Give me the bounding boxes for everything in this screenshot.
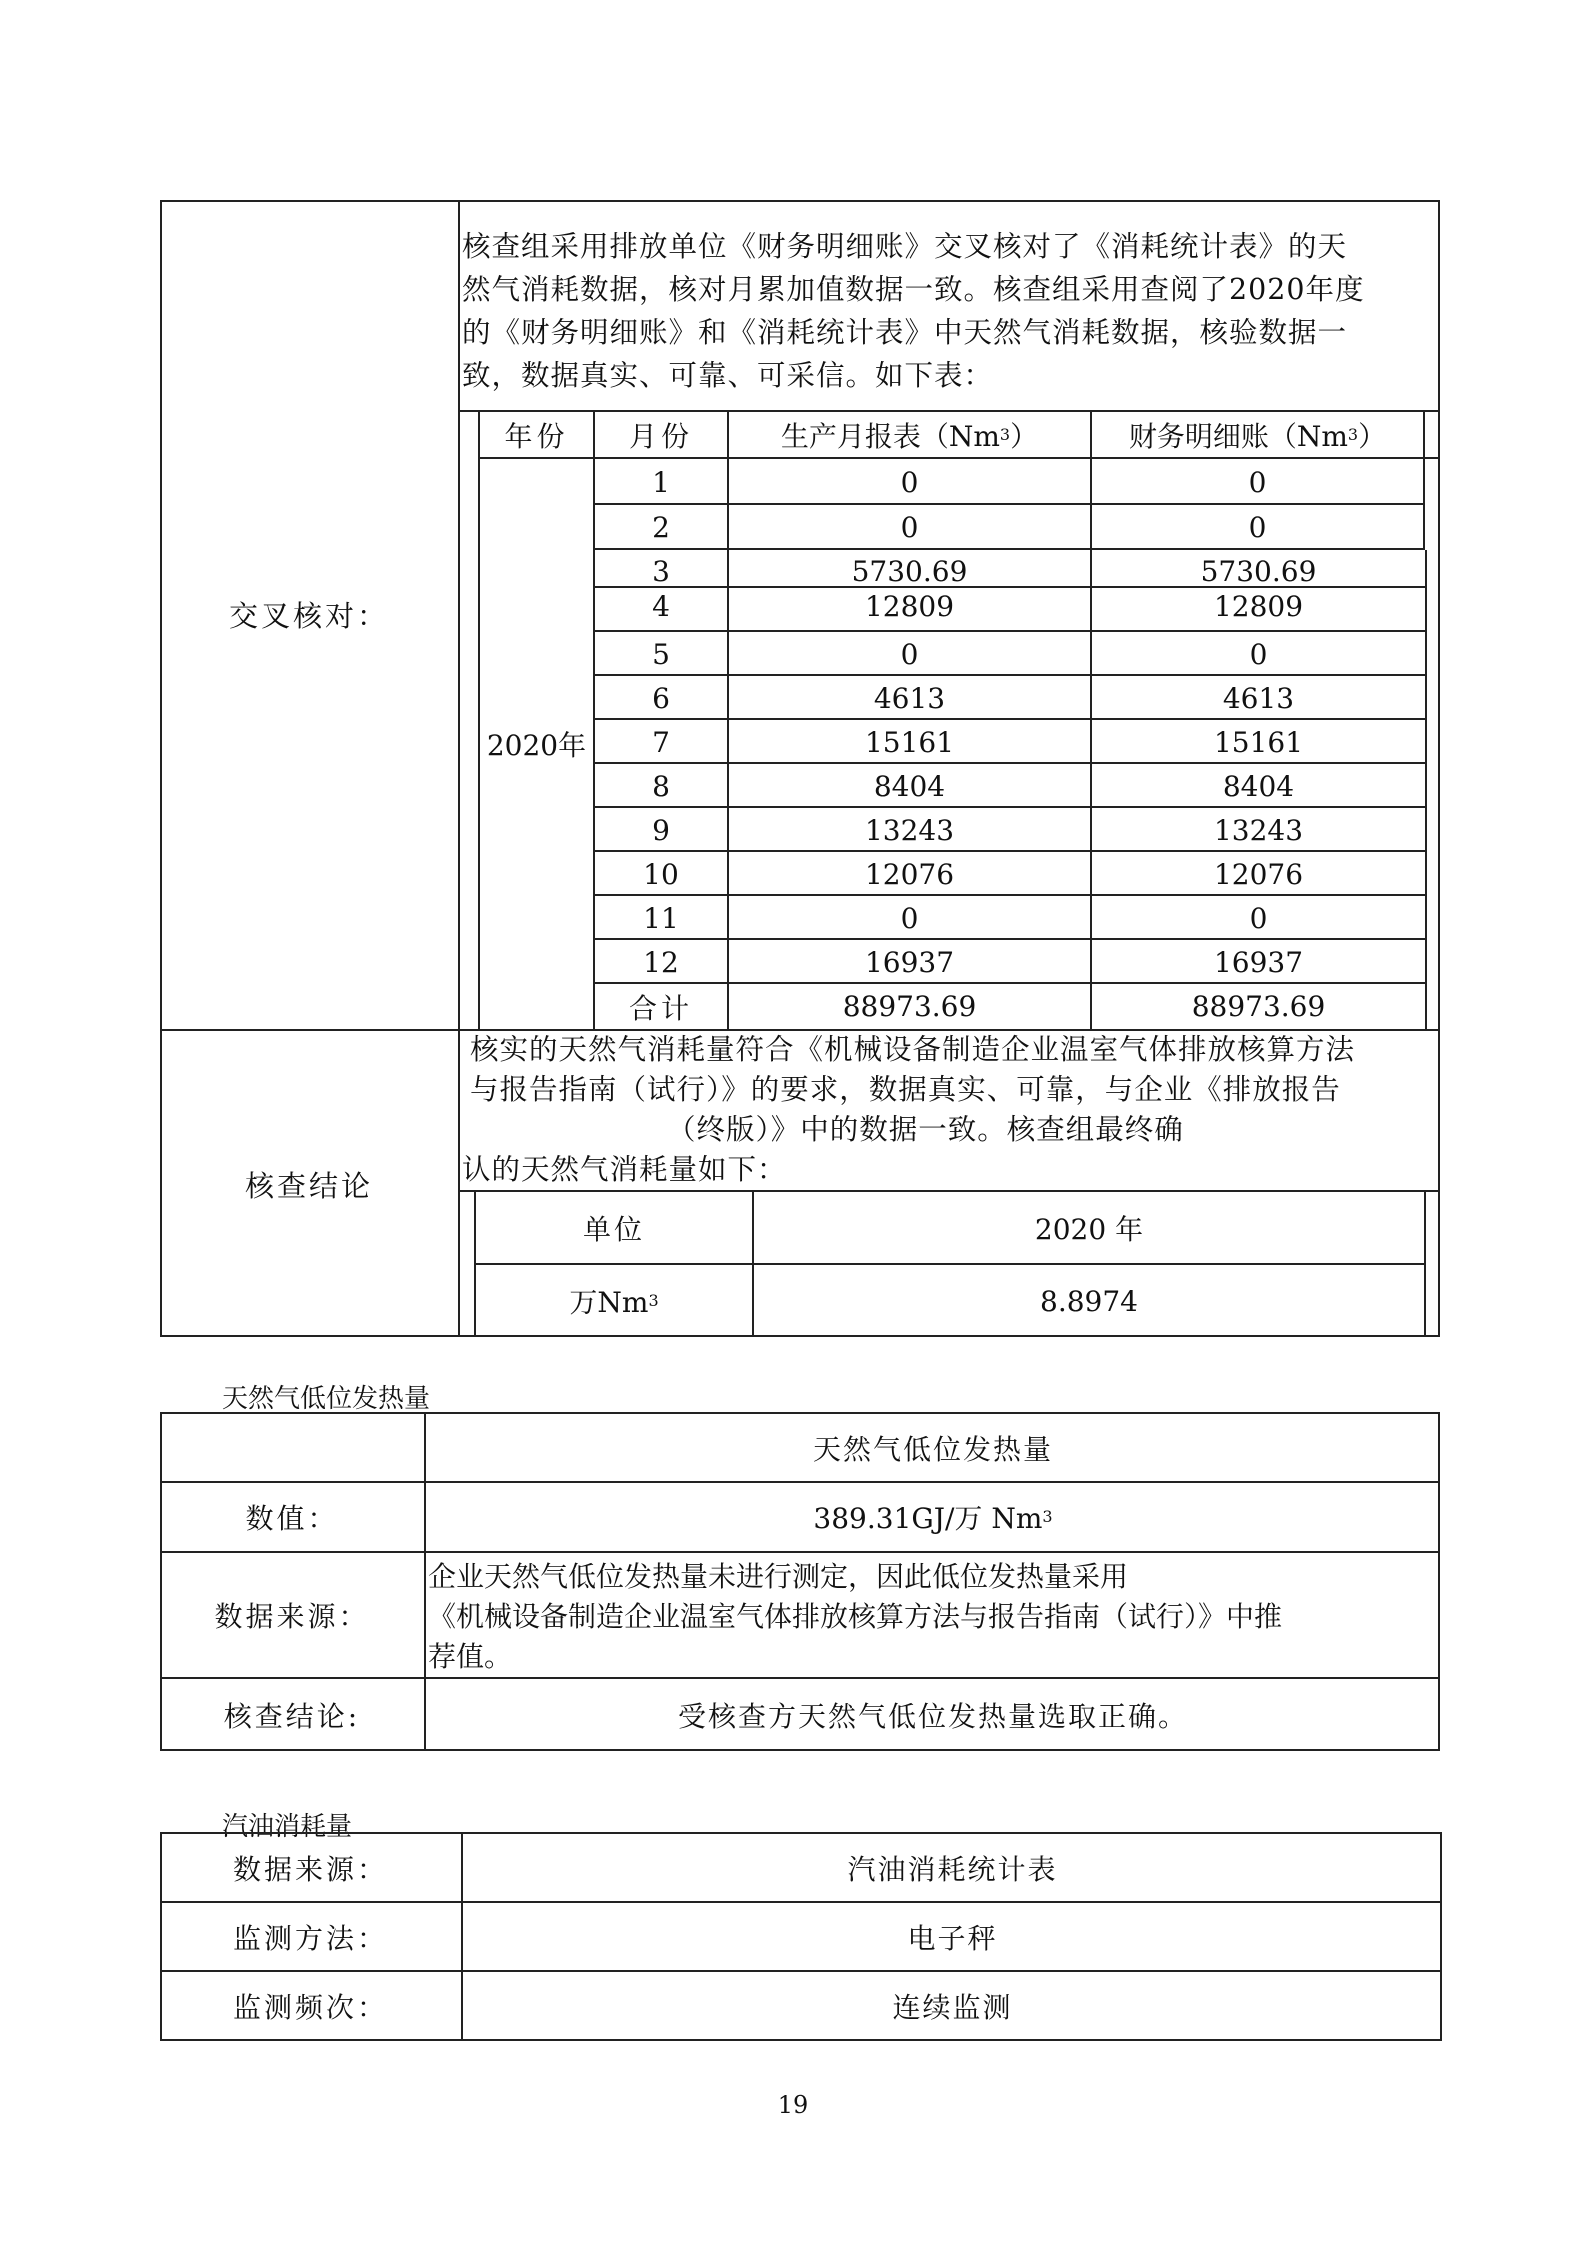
header-finance-text: 财务明细账（Nm [1129, 415, 1348, 455]
heat-header: 天然气低位发热量 [426, 1414, 1440, 1481]
month-cell: 6 [595, 676, 727, 720]
year-cell: 2020年 [480, 459, 593, 1029]
production-cell: 12076 [729, 852, 1090, 896]
table-row: 9 13243 13243 [595, 808, 1425, 852]
cross-check-label: 交叉核对： [160, 200, 458, 1029]
paragraph-line: 与报告指南（试行）》的要求，数据真实、可靠，与企业《排放报告 [462, 1070, 1437, 1110]
table-row: 11 0 0 [595, 896, 1425, 940]
finance-cell: 4613 [1092, 676, 1425, 720]
header-production-text: 生产月报表（Nm [781, 415, 1000, 455]
source-line: 企业天然气低位发热量未进行测定，因此低位发热量采用 [428, 1557, 1438, 1597]
heat-value-text: 389.31GJ/万 Nm [813, 1497, 1042, 1537]
value-label: 数值： [160, 1483, 424, 1551]
conclusion-paragraph: 核实的天然气消耗量符合《机械设备制造企业温室气体排放核算方法 与报告指南（试行）… [462, 1030, 1437, 1190]
month-cell: 7 [595, 720, 727, 764]
source-label: 数据来源： [160, 1553, 424, 1677]
finance-cell: 0 [1092, 505, 1423, 550]
paragraph-line: 核查组采用排放单位《财务明细账》交叉核对了《消耗统计表》的天 [462, 225, 1437, 268]
production-cell: 15161 [729, 720, 1090, 764]
conclusion-label: 核查结论: [160, 1679, 424, 1751]
table-row: 5 0 0 [595, 632, 1425, 676]
page-number: 19 [743, 2090, 843, 2120]
table-row: 6 4613 4613 [595, 676, 1425, 720]
conclusion-value: 受核查方天然气低位发热量选取正确。 [426, 1679, 1440, 1751]
month-cell: 1 [595, 459, 727, 505]
paragraph-line: 认的天然气消耗量如下： [462, 1150, 1437, 1190]
conclusion-header-unit: 单位 [476, 1192, 752, 1263]
table-row: 7 15161 15161 [595, 720, 1425, 764]
heat-value: 389.31GJ/万 Nm3 [426, 1483, 1440, 1551]
month-cell: 3 [595, 554, 727, 588]
production-cell: 13243 [729, 808, 1090, 852]
paragraph-line: 核实的天然气消耗量符合《机械设备制造企业温室气体排放核算方法 [462, 1030, 1437, 1070]
finance-cell: 88973.69 [1092, 984, 1425, 1029]
conclusion-label: 核查结论 [160, 1031, 458, 1337]
finance-cell: 15161 [1092, 720, 1425, 764]
conclusion-header-year: 2020 年 [754, 1192, 1424, 1263]
production-cell: 0 [729, 632, 1090, 676]
label-column-divider [458, 200, 460, 1337]
conclusion-unit-value: 万Nm3 [476, 1265, 752, 1337]
header-finance: 财务明细账（Nm3） [1092, 412, 1423, 457]
gasoline-row-value: 汽油消耗统计表 [463, 1834, 1442, 1901]
paragraph-line: 的《财务明细账》和《消耗统计表》中天然气消耗数据，核验数据一 [462, 311, 1437, 354]
table-row: 12 16937 16937 [595, 940, 1425, 984]
table-row-total: 合计 88973.69 88973.69 [595, 984, 1425, 1029]
production-cell: 12809 [729, 588, 1090, 624]
production-cell: 16937 [729, 940, 1090, 984]
finance-cell: 0 [1092, 632, 1425, 676]
paragraph-line: （终版）》中的数据一致。核查组最终确 [462, 1110, 1437, 1150]
production-cell: 0 [729, 459, 1090, 505]
source-text: 企业天然气低位发热量未进行测定，因此低位发热量采用 《机械设备制造企业温室气体排… [428, 1557, 1438, 1677]
finance-cell: 8404 [1092, 764, 1425, 808]
month-cell: 10 [595, 852, 727, 896]
section-caption: 天然气低位发热量 [222, 1378, 430, 1415]
month-cell: 合计 [595, 984, 727, 1029]
finance-cell: 0 [1092, 459, 1423, 505]
finance-cell: 0 [1092, 896, 1425, 940]
month-cell: 5 [595, 632, 727, 676]
paragraph-line: 然气消耗数据，核对月累加值数据一致。核查组采用查阅了2020年度 [462, 268, 1437, 311]
finance-cell: 5730.69 [1092, 554, 1425, 588]
gasoline-row-value: 电子秤 [463, 1903, 1442, 1970]
cross-check-paragraph: 核查组采用排放单位《财务明细账》交叉核对了《消耗统计表》的天 然气消耗数据，核对… [462, 225, 1437, 397]
month-cell: 4 [595, 588, 727, 624]
source-line: 《机械设备制造企业温室气体排放核算方法与报告指南（试行）》中推 [428, 1597, 1438, 1637]
table-row: 1 0 0 [595, 459, 1423, 505]
table-row: 2 0 0 [595, 505, 1423, 550]
finance-cell: 16937 [1092, 940, 1425, 984]
header-production: 生产月报表（Nm3） [729, 412, 1090, 457]
table-row: 3 5730.69 5730.69 [595, 550, 1425, 588]
production-cell: 8404 [729, 764, 1090, 808]
table-row: 8 8404 8404 [595, 764, 1425, 808]
unit-text: 万Nm [569, 1281, 648, 1321]
close-paren: ） [1010, 415, 1038, 455]
production-cell: 5730.69 [729, 554, 1090, 588]
finance-cell: 12076 [1092, 852, 1425, 896]
gasoline-row-value: 连续监测 [463, 1972, 1442, 2039]
fin-col-right-lower [1425, 550, 1427, 1029]
month-cell: 11 [595, 896, 727, 940]
gasoline-row-label: 监测方法： [160, 1903, 461, 1970]
close-paren: ） [1358, 415, 1386, 455]
month-cell: 9 [595, 808, 727, 852]
conclusion-consumption-value: 8.8974 [754, 1265, 1424, 1337]
table-row: 4 12809 12809 [595, 588, 1425, 632]
month-cell: 12 [595, 940, 727, 984]
month-cell: 8 [595, 764, 727, 808]
fin-col-right [1423, 410, 1425, 550]
production-cell: 0 [729, 896, 1090, 940]
month-cell: 2 [595, 505, 727, 550]
header-month: 月份 [595, 412, 727, 457]
production-cell: 4613 [729, 676, 1090, 720]
production-cell: 0 [729, 505, 1090, 550]
header-year: 年份 [480, 412, 593, 457]
gasoline-row-label: 数据来源： [160, 1834, 461, 1901]
finance-cell: 13243 [1092, 808, 1425, 852]
production-cell: 88973.69 [729, 984, 1090, 1029]
source-line: 荐值。 [428, 1637, 1438, 1677]
table-row: 10 12076 12076 [595, 852, 1425, 896]
gasoline-row-label: 监测频次： [160, 1972, 461, 2039]
paragraph-line: 致，数据真实、可靠、可采信。如下表： [462, 354, 1437, 397]
finance-cell: 12809 [1092, 588, 1425, 624]
